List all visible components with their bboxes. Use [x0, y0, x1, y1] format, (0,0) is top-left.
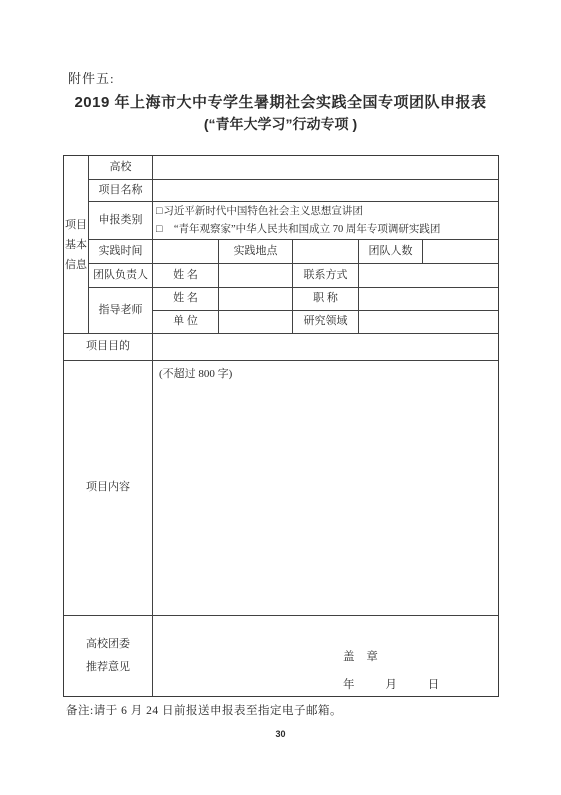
- recommendation-label-line: 高校团委: [86, 633, 130, 656]
- content-field[interactable]: (不超过 800 字): [153, 361, 498, 616]
- team-size-label: 团队人数: [359, 240, 423, 264]
- advisor-name-label: 姓 名: [153, 288, 219, 311]
- advisor-name-field[interactable]: [219, 288, 293, 311]
- leader-contact-label: 联系方式: [293, 264, 359, 288]
- content-label: 项目内容: [64, 361, 153, 616]
- section-label-line: 信息: [65, 255, 87, 275]
- leader-name-label: 姓 名: [153, 264, 219, 288]
- advisor-field-label: 研究领域: [293, 311, 359, 334]
- advisor-title-field[interactable]: [359, 288, 498, 311]
- page-number: 30: [0, 729, 561, 739]
- checkbox-icon[interactable]: □: [156, 206, 162, 217]
- advisor-field-field[interactable]: [359, 311, 498, 334]
- university-label: 高校: [89, 156, 153, 180]
- practice-time-label: 实践时间: [89, 240, 153, 264]
- category-options: □习近平新时代中国特色社会主义思想宣讲团 □ “青年观察家”中华人民共和国成立 …: [153, 202, 498, 240]
- recommendation-label-line: 推荐意见: [86, 656, 130, 679]
- date-label: 年 月 日: [343, 677, 439, 694]
- practice-time-field[interactable]: [153, 240, 219, 264]
- advisor-unit-field[interactable]: [219, 311, 293, 334]
- purpose-field[interactable]: [153, 334, 498, 361]
- content-hint: (不超过 800 字): [159, 367, 232, 383]
- advisor-label: 指导老师: [89, 288, 153, 334]
- category-option-text: “青年观察家”中华人民共和国成立 70 周年专项调研实践团: [163, 224, 440, 235]
- project-name-field[interactable]: [153, 180, 498, 202]
- section-label: 项目 基本 信息: [64, 156, 89, 334]
- project-name-label: 项目名称: [89, 180, 153, 202]
- university-field[interactable]: [153, 156, 498, 180]
- section-label-line: 项目: [65, 215, 87, 235]
- page-subtitle: (“青年大学习”行动专项 ): [0, 114, 561, 134]
- category-label: 申报类别: [89, 202, 153, 240]
- category-option: □习近平新时代中国特色社会主义思想宣讲团: [156, 203, 363, 221]
- attachment-label: 附件五:: [68, 68, 115, 87]
- note-text: 备注:请于 6 月 24 日前报送申报表至指定电子邮箱。: [66, 702, 342, 718]
- advisor-unit-label: 单 位: [153, 311, 219, 334]
- leader-name-field[interactable]: [219, 264, 293, 288]
- checkbox-icon[interactable]: □: [156, 224, 162, 235]
- practice-place-label: 实践地点: [219, 240, 293, 264]
- application-form-table: 项目 基本 信息 高校 项目名称 申报类别 □习近平新时代中国特色社会主义思想宣…: [63, 155, 499, 697]
- team-size-field[interactable]: [423, 240, 498, 264]
- section-label-line: 基本: [65, 235, 87, 255]
- recommendation-label: 高校团委 推荐意见: [64, 616, 153, 696]
- practice-place-field[interactable]: [293, 240, 359, 264]
- purpose-label: 项目目的: [64, 334, 153, 361]
- seal-label: 盖 章: [343, 649, 378, 666]
- team-leader-label: 团队负责人: [89, 264, 153, 288]
- recommendation-field[interactable]: 盖 章 年 月 日: [153, 616, 498, 696]
- advisor-title-label: 职 称: [293, 288, 359, 311]
- page-title: 2019 年上海市大中专学生暑期社会实践全国专项团队申报表: [0, 91, 561, 112]
- category-option-text: 习近平新时代中国特色社会主义思想宣讲团: [163, 206, 363, 217]
- category-option: □ “青年观察家”中华人民共和国成立 70 周年专项调研实践团: [156, 221, 440, 239]
- leader-contact-field[interactable]: [359, 264, 498, 288]
